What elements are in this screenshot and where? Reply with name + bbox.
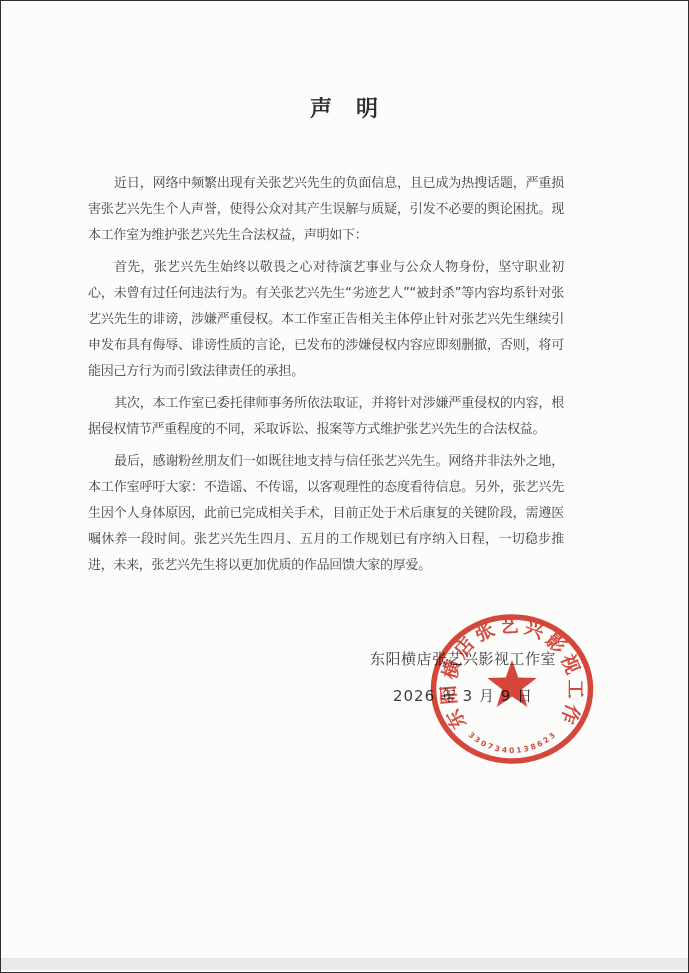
statement-body: 近日，网络中频繁出现有关张艺兴先生的负面信息，且已成为热搜话题，严重损害张艺兴先… (88, 171, 564, 585)
signature-name: 东阳横店张艺兴影视工作室 (370, 649, 556, 669)
seal-serial-number: 3307340138623 (467, 730, 558, 755)
statement-paragraph: 最后，感谢粉丝朋友们一如既往地支持与信任张艺兴先生。网络并非法外之地，本工作室呼… (88, 449, 564, 579)
statement-paragraph: 首先，张艺兴先生始终以敬畏之心对待演艺事业与公众人物身份，坚守职业初心，未曾有过… (88, 255, 564, 385)
page-bottom-edge (1, 958, 688, 970)
statement-document: 声 明 近日，网络中频繁出现有关张艺兴先生的负面信息，且已成为热搜话题，严重损害… (0, 0, 689, 973)
statement-paragraph: 近日，网络中频繁出现有关张艺兴先生的负面信息，且已成为热搜话题，严重损害张艺兴先… (88, 171, 564, 249)
signature-date: 2026 年 3 月 9 日 (370, 686, 556, 706)
statement-title: 声 明 (1, 92, 688, 123)
signature-block: 东阳横店张艺兴影视工作室 2026 年 3 月 9 日 (370, 649, 556, 706)
statement-paragraph: 其次，本工作室已委托律师事务所依法取证，并将针对涉嫌严重侵权的内容，根据侵权情节… (88, 391, 564, 443)
